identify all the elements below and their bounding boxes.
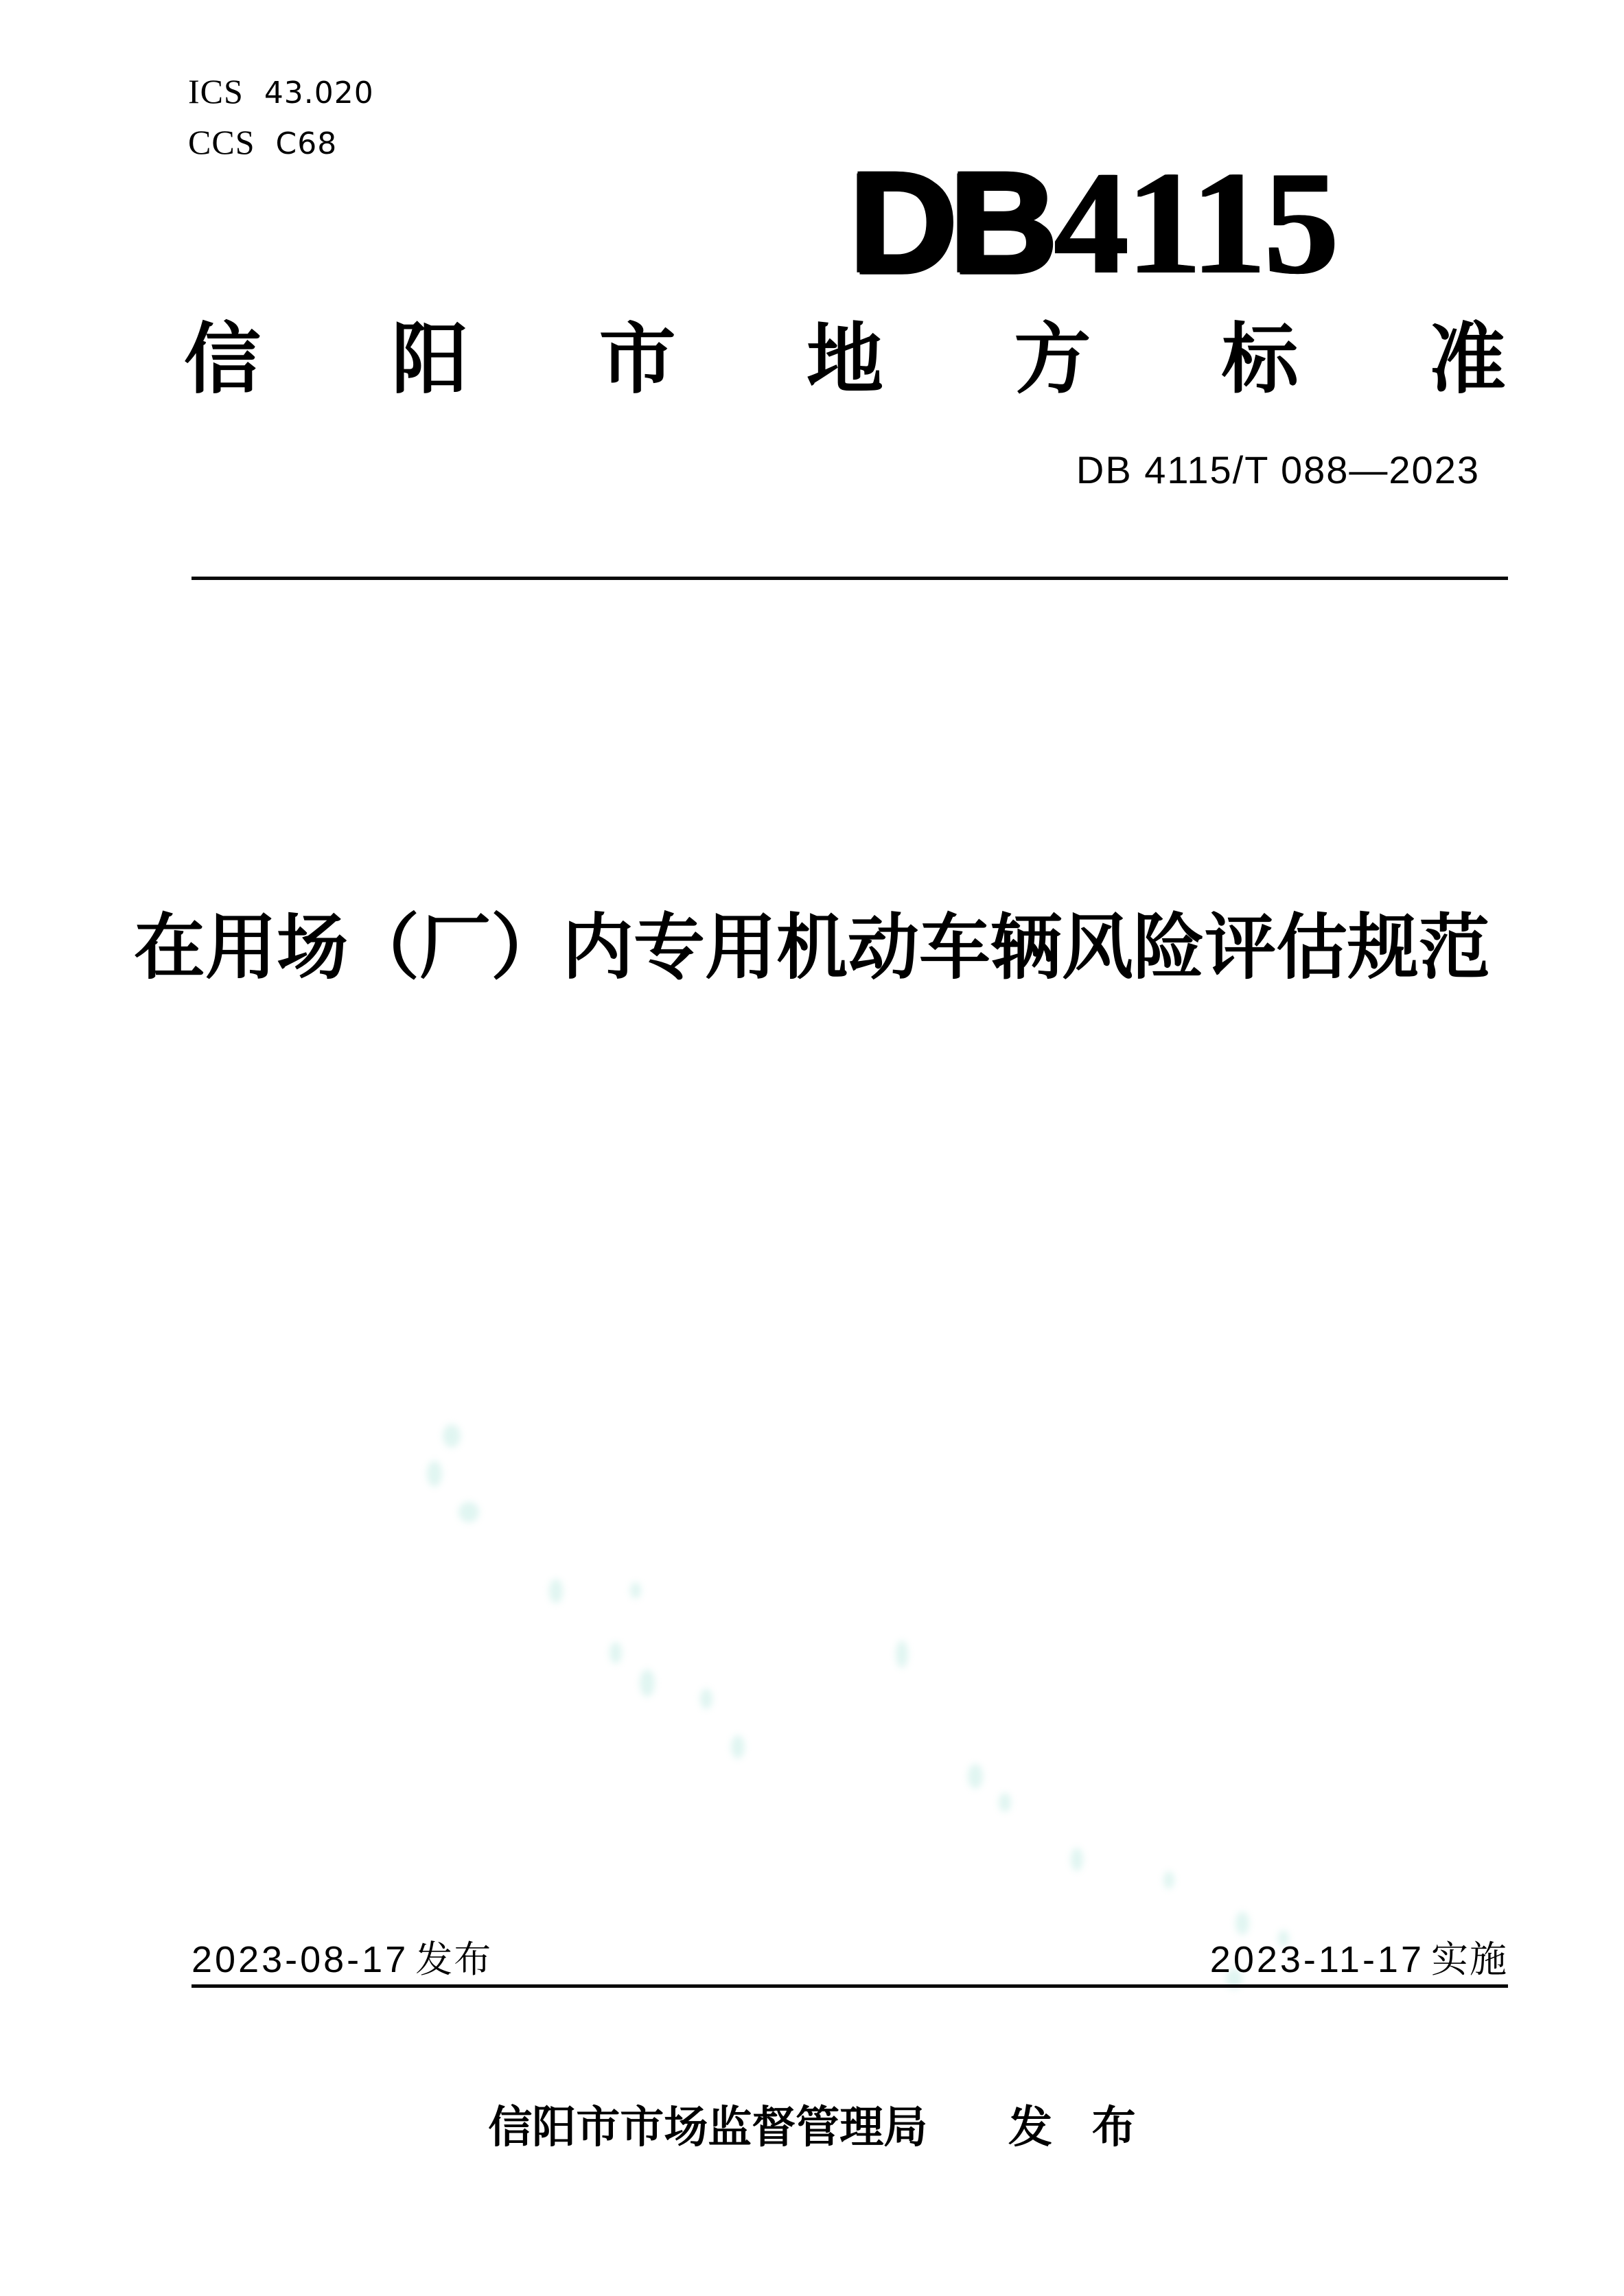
db4115-logo: DB 4115 <box>850 159 1399 287</box>
ccs-label: CCS <box>188 122 255 162</box>
implementation-date: 2023-11-17 <box>1210 1938 1424 1981</box>
header-divider-line <box>192 577 1508 580</box>
ics-label: ICS <box>188 71 244 111</box>
ccs-value: C68 <box>276 126 338 161</box>
dates-row: 2023-08-17 发布 2023-11-17 实施 <box>192 1930 1508 1983</box>
footer-divider-line <box>192 1984 1508 1988</box>
publish-label: 发 布 <box>1008 2102 1136 2152</box>
publisher-row: 信阳市市场监督管理局 发 布 <box>0 2092 1624 2155</box>
implementation-label: 实施 <box>1431 1930 1508 1983</box>
standard-type-char: 信 <box>184 317 261 402</box>
issue-date: 2023-08-17 <box>192 1938 408 1981</box>
issue-label: 发布 <box>415 1930 492 1983</box>
ics-line: ICS 43.020 <box>188 71 374 122</box>
standard-type-char: 地 <box>807 317 883 402</box>
classification-codes: ICS 43.020 CCS C68 <box>188 71 374 173</box>
ics-value: 43.020 <box>264 76 374 111</box>
standard-type-heading: 信 阳 市 地 方 标 准 <box>184 317 1506 402</box>
publisher-name: 信阳市市场监督管理局 <box>488 2102 927 2152</box>
document-number: DB 4115/T 088—2023 <box>1076 448 1480 492</box>
logo-db-letters: DB <box>850 161 1050 285</box>
standard-cover-page: ICS 43.020 CCS C68 DB 4115 信 阳 市 地 方 标 准… <box>0 0 1624 2296</box>
standard-type-char: 准 <box>1429 317 1506 402</box>
ccs-line: CCS C68 <box>188 122 374 173</box>
standard-type-char: 方 <box>1014 317 1091 402</box>
standard-type-char: 阳 <box>391 317 468 402</box>
standard-type-char: 市 <box>599 317 676 402</box>
standard-type-char: 标 <box>1222 317 1299 402</box>
issue-date-item: 2023-08-17 发布 <box>192 1930 492 1983</box>
document-title: 在用场（厂）内专用机动车辆风险评估规范 <box>124 890 1500 993</box>
logo-region-code: 4115 <box>1054 159 1337 287</box>
implementation-date-item: 2023-11-17 实施 <box>1210 1930 1508 1983</box>
